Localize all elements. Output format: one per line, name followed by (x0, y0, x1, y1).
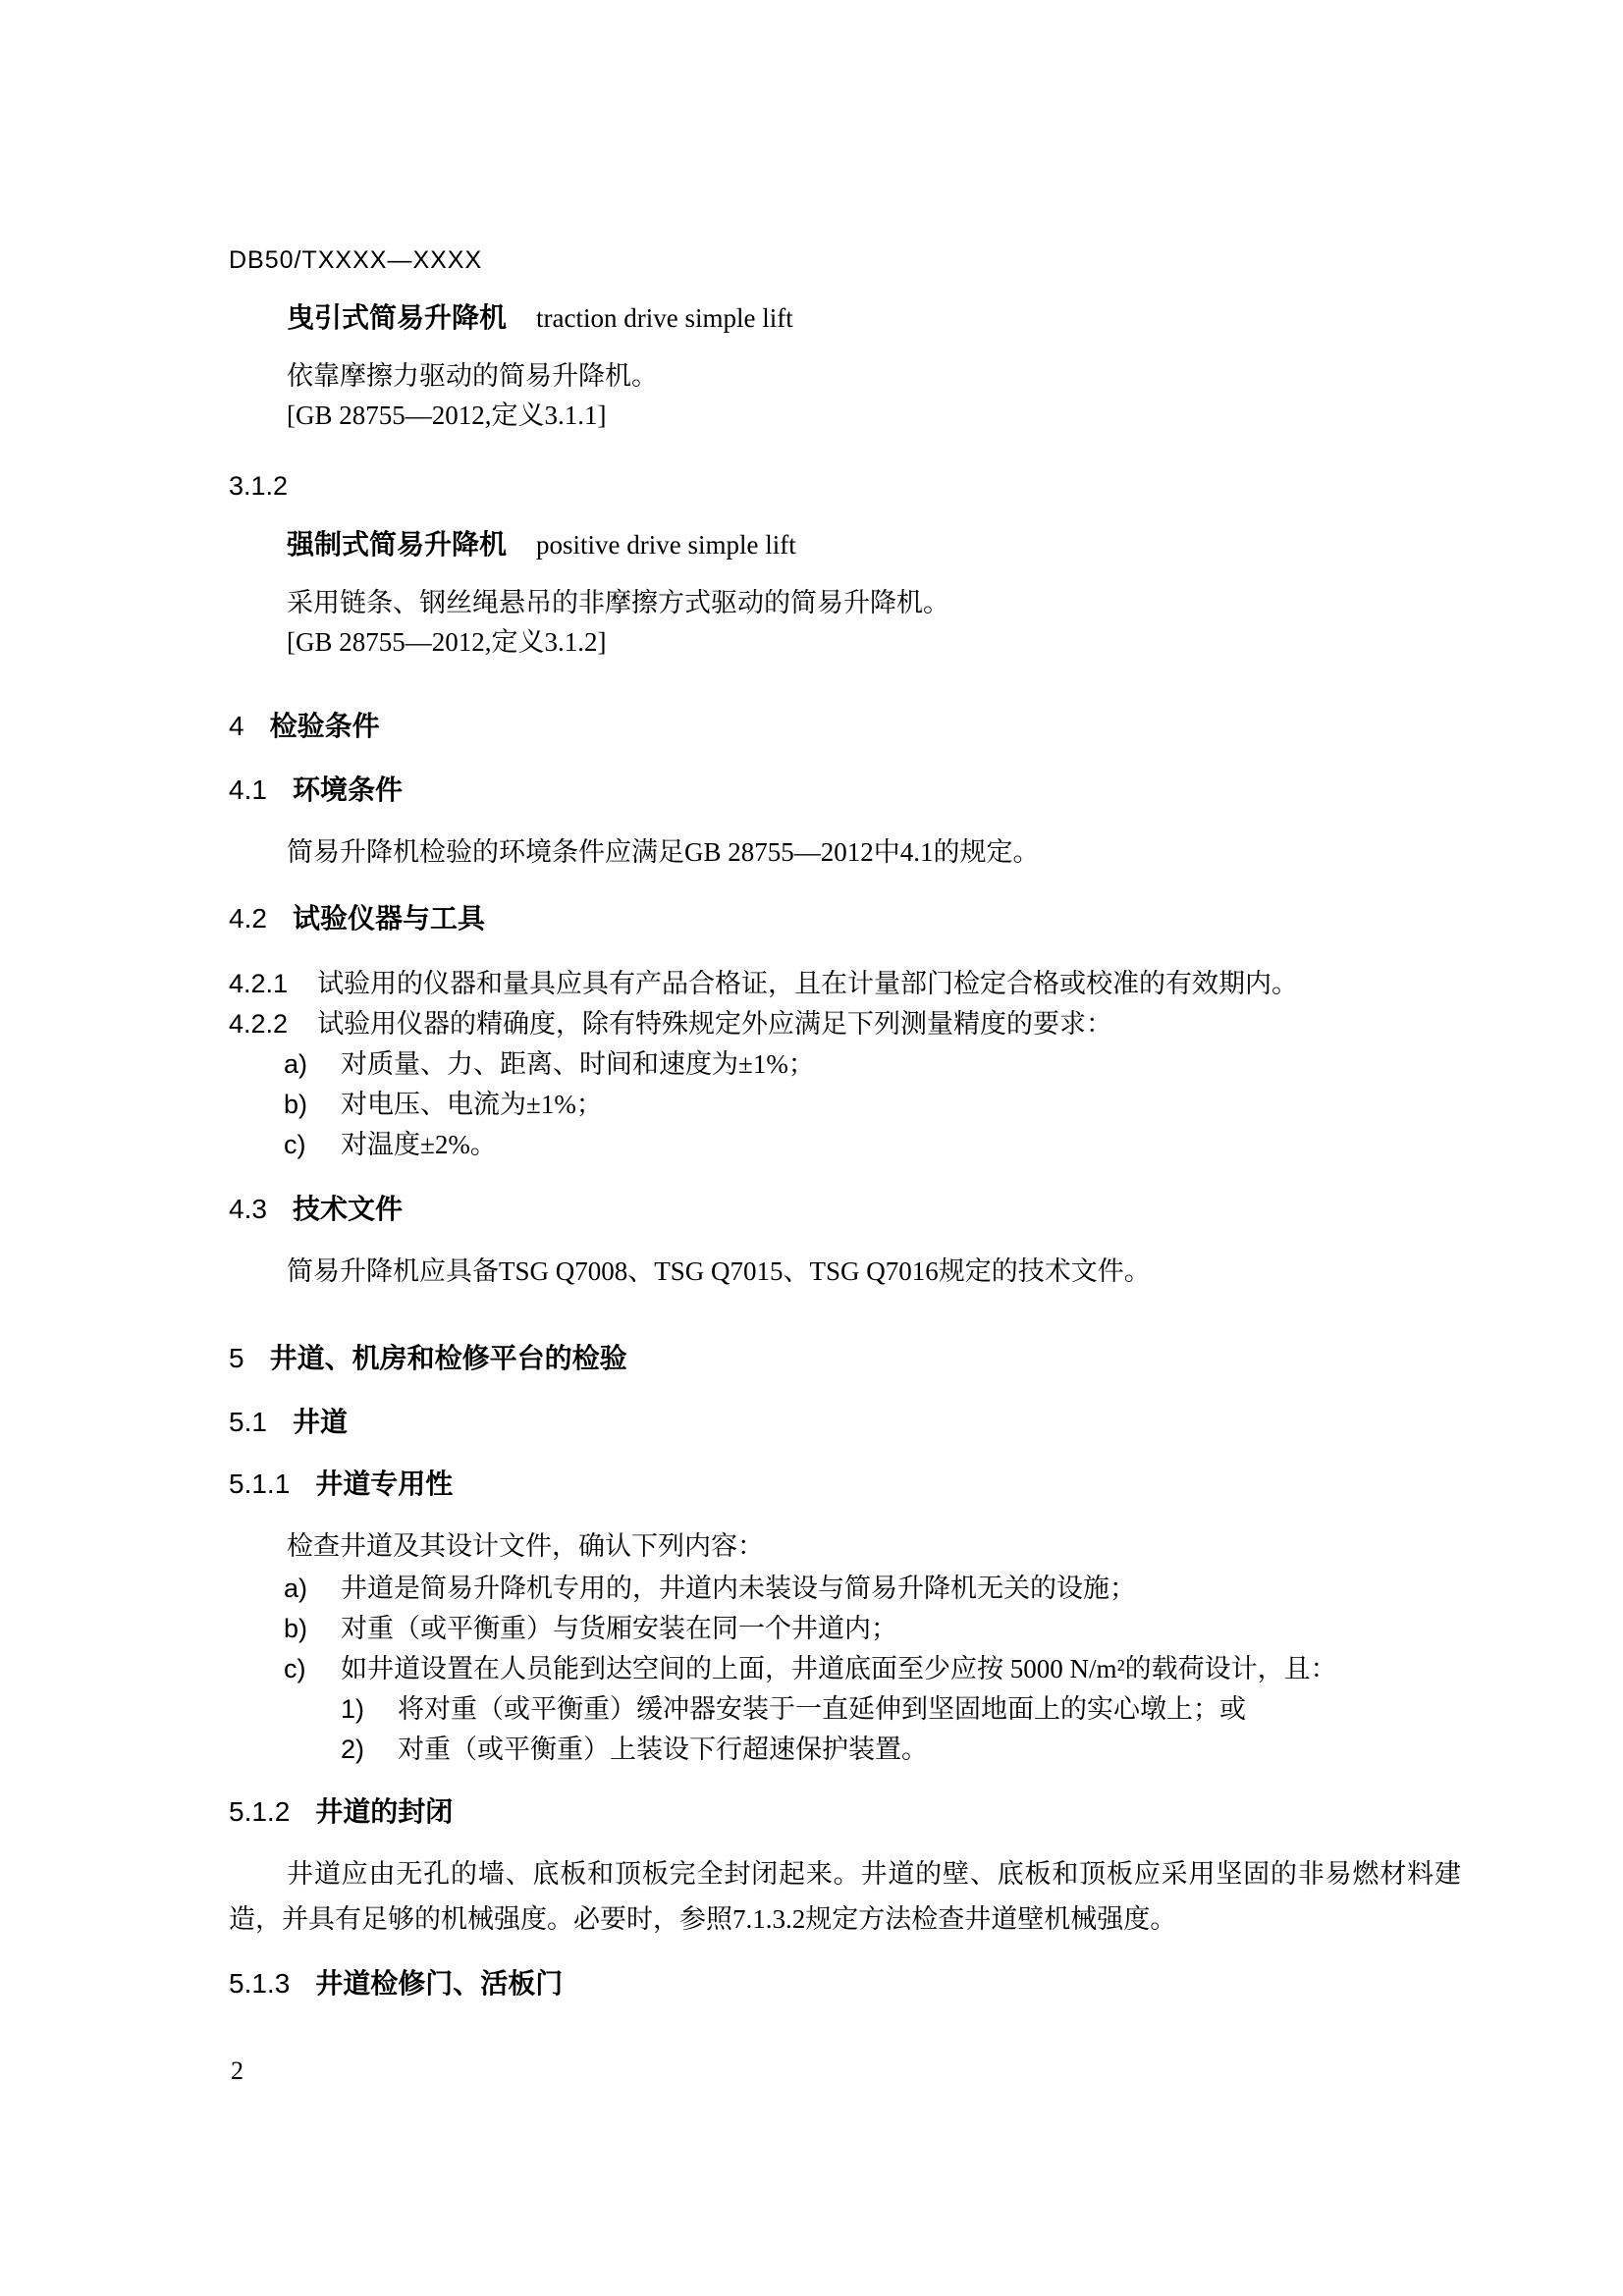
section-heading-level2: 4.3技术文件 (229, 1190, 1461, 1229)
list-item-text: 对质量、力、距离、时间和速度为±1%； (341, 1049, 815, 1079)
list-item-label: a) (284, 1044, 307, 1085)
list-item: a)对质量、力、距离、时间和速度为±1%； (229, 1044, 1461, 1085)
list-item: c)如井道设置在人员能到达空间的上面，井道底面至少应按 5000 N/m²的载荷… (229, 1649, 1461, 1689)
clause-paragraph-number: 4.2.2 (229, 1009, 288, 1039)
list-item: c)对温度±2%。 (229, 1125, 1461, 1165)
section-number: 4.1 (229, 774, 267, 805)
section-title: 环境条件 (293, 774, 403, 805)
sub-list-item: 1)将对重（或平衡重）缓冲器安装于一直延伸到坚固地面上的实心墩上；或 (229, 1689, 1461, 1730)
list-item-label: 2) (341, 1730, 364, 1770)
clause-number: 3.1.2 (229, 466, 1461, 506)
list-item: a)井道是简易升降机专用的，井道内未装设与简易升降机无关的设施； (229, 1569, 1461, 1609)
section-title: 试验仪器与工具 (293, 903, 485, 934)
document-body: 曳引式简易升降机traction drive simple lift依靠摩擦力驱… (229, 298, 1461, 2003)
sub-list-item: 2)对重（或平衡重）上装设下行超速保护装置。 (229, 1730, 1461, 1770)
section-number: 5.1.1 (229, 1468, 290, 1499)
list-item: b)对电压、电流为±1%； (229, 1085, 1461, 1125)
paragraph: 检查井道及其设计文件，确认下列内容： (229, 1523, 1461, 1569)
list-item-text: 对电压、电流为±1%； (341, 1090, 603, 1119)
term-english: positive drive simple lift (536, 530, 796, 560)
clause-paragraph: 4.2.2试验用仪器的精确度，除有特殊规定外应满足下列测量精度的要求： (229, 1004, 1461, 1044)
clause-paragraph-text: 试验用仪器的精确度，除有特殊规定外应满足下列测量精度的要求： (317, 1009, 1112, 1039)
definition-paragraph: 采用链条、钢丝绳悬吊的非摩擦方式驱动的简易升降机。 (229, 583, 1461, 622)
list-item-label: b) (284, 1085, 307, 1125)
section-number: 5.1.3 (229, 1968, 290, 1999)
page-header: DB50/TXXXX—XXXX (229, 241, 1461, 279)
section-heading-level3: 5.1.1井道专用性 (229, 1465, 1461, 1504)
section-heading-level2: 4.1环境条件 (229, 771, 1461, 810)
section-number: 4.3 (229, 1194, 267, 1224)
section-title: 井道检修门、活板门 (315, 1968, 563, 1999)
section-number: 5.1 (229, 1407, 267, 1437)
document-page: DB50/TXXXX—XXXX 曳引式简易升降机traction drive s… (0, 0, 1623, 2296)
section-title: 井道、机房和检修平台的检验 (270, 1343, 627, 1373)
section-title: 井道 (293, 1407, 348, 1437)
list-item-label: a) (284, 1569, 307, 1609)
section-heading-level3: 5.1.2井道的封闭 (229, 1792, 1461, 1832)
list-item: b)对重（或平衡重）与货厢安装在同一个井道内； (229, 1609, 1461, 1649)
term-chinese: 强制式简易升降机 (287, 529, 507, 560)
list-item-text: 井道是简易升降机专用的，井道内未装设与简易升降机无关的设施； (341, 1574, 1136, 1603)
section-title: 技术文件 (293, 1194, 403, 1224)
paragraph: 简易升降机应具备TSG Q7008、TSG Q7015、TSG Q7016规定的… (229, 1249, 1461, 1294)
term-entry: 强制式简易升降机positive drive simple lift (229, 525, 1461, 565)
list-item-text: 对重（或平衡重）上装设下行超速保护装置。 (398, 1735, 928, 1764)
section-heading-level3: 5.1.3井道检修门、活板门 (229, 1964, 1461, 2003)
definition-paragraph: 依靠摩擦力驱动的简易升降机。 (229, 356, 1461, 396)
section-number: 4 (229, 711, 244, 741)
section-title: 井道的封闭 (315, 1796, 453, 1827)
list-item-label: b) (284, 1609, 307, 1649)
section-heading-level1: 5井道、机房和检修平台的检验 (229, 1339, 1461, 1378)
section-heading-level2: 4.2试验仪器与工具 (229, 899, 1461, 938)
list-item-text: 对重（或平衡重）与货厢安装在同一个井道内； (341, 1614, 897, 1643)
section-number: 4.2 (229, 903, 267, 934)
source-reference: [GB 28755—2012,定义3.1.1] (229, 396, 1461, 435)
source-reference: [GB 28755—2012,定义3.1.2] (229, 622, 1461, 662)
clause-paragraph-number: 4.2.1 (229, 969, 288, 998)
list-item-text: 如井道设置在人员能到达空间的上面，井道底面至少应按 5000 N/m²的载荷设计… (341, 1654, 1337, 1683)
term-chinese: 曳引式简易升降机 (287, 302, 507, 333)
paragraph: 井道应由无孔的墙、底板和顶板完全封闭起来。井道的壁、底板和顶板应采用坚固的非易燃… (229, 1851, 1461, 1942)
section-heading-level1: 4检验条件 (229, 707, 1461, 746)
paragraph: 简易升降机检验的环境条件应满足GB 28755—2012中4.1的规定。 (229, 829, 1461, 875)
term-english: traction drive simple lift (536, 303, 793, 333)
section-heading-level2: 5.1井道 (229, 1403, 1461, 1442)
section-title: 检验条件 (270, 711, 380, 741)
term-entry: 曳引式简易升降机traction drive simple lift (229, 298, 1461, 339)
clause-paragraph-text: 试验用的仪器和量具应具有产品合格证，且在计量部门检定合格或校准的有效期内。 (317, 969, 1298, 998)
list-item-label: c) (284, 1125, 306, 1165)
section-title: 井道专用性 (315, 1468, 453, 1499)
section-number: 5 (229, 1343, 244, 1373)
list-item-text: 将对重（或平衡重）缓冲器安装于一直延伸到坚固地面上的实心墩上；或 (398, 1694, 1246, 1724)
list-item-label: c) (284, 1649, 306, 1689)
list-item-label: 1) (341, 1689, 364, 1730)
page-number: 2 (231, 2055, 243, 2088)
clause-paragraph: 4.2.1试验用的仪器和量具应具有产品合格证，且在计量部门检定合格或校准的有效期… (229, 964, 1461, 1004)
section-number: 5.1.2 (229, 1796, 290, 1827)
list-item-text: 对温度±2%。 (341, 1130, 497, 1159)
